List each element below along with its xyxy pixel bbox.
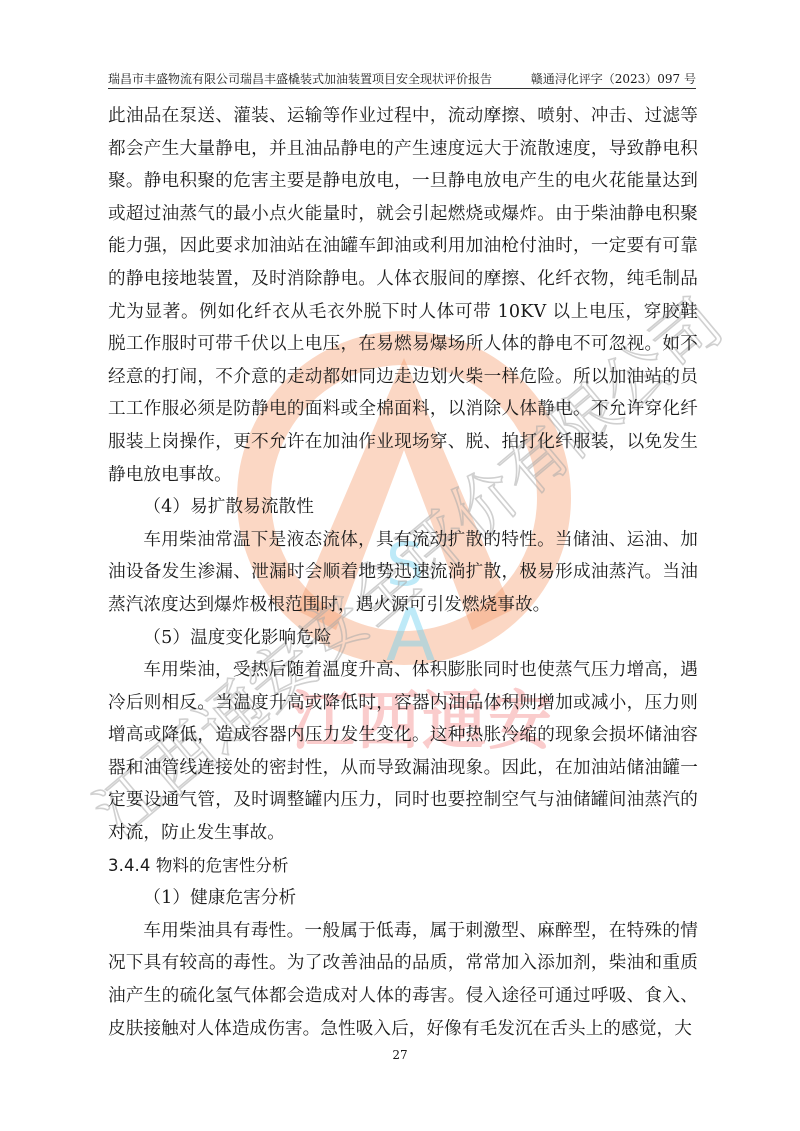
paragraph-diffusion: 车用柴油常温下是液态流体，具有流动扩散的特性。当储油、运油、加油设备发生渗漏、泄… <box>108 524 698 622</box>
paragraph-temperature: 车用柴油，受热后随着温度升高、体积膨胀同时也使蒸气压力增高，遇冷后则相反。当温度… <box>108 654 698 850</box>
document-number: 赣通浔化评字（2023）097 号 <box>531 70 696 87</box>
section-heading-material-hazard: 3.4.4 物料的危害性分析 <box>108 850 698 883</box>
subheading-health-hazard: （1）健康危害分析 <box>108 882 698 915</box>
running-header: 瑞昌市丰盛物流有限公司瑞昌丰盛橇装式加油装置项目安全现状评价报告 赣通浔化评字（… <box>108 68 696 89</box>
paragraph-health-hazard: 车用柴油具有毒性。一般属于低毒，属于刺激型、麻醉型，在特殊的情况下具有较高的毒性… <box>108 915 698 1045</box>
paragraph-static-electricity: 此油品在泵送、灌装、运输等作业过程中，流动摩擦、喷射、冲击、过滤等都会产生大量静… <box>108 100 698 491</box>
page-number: 27 <box>0 1048 800 1062</box>
body-content: 此油品在泵送、灌装、运输等作业过程中，流动摩擦、喷射、冲击、过滤等都会产生大量静… <box>108 100 698 1045</box>
subheading-diffusion: （4）易扩散易流散性 <box>108 491 698 524</box>
document-page: S A 江西通安安全评价有限公司 江西通安 瑞昌市丰盛物流有限公司瑞昌丰盛橇装式… <box>0 0 800 1131</box>
report-title: 瑞昌市丰盛物流有限公司瑞昌丰盛橇装式加油装置项目安全现状评价报告 <box>108 70 492 87</box>
subheading-temperature: （5）温度变化影响危险 <box>108 622 698 655</box>
